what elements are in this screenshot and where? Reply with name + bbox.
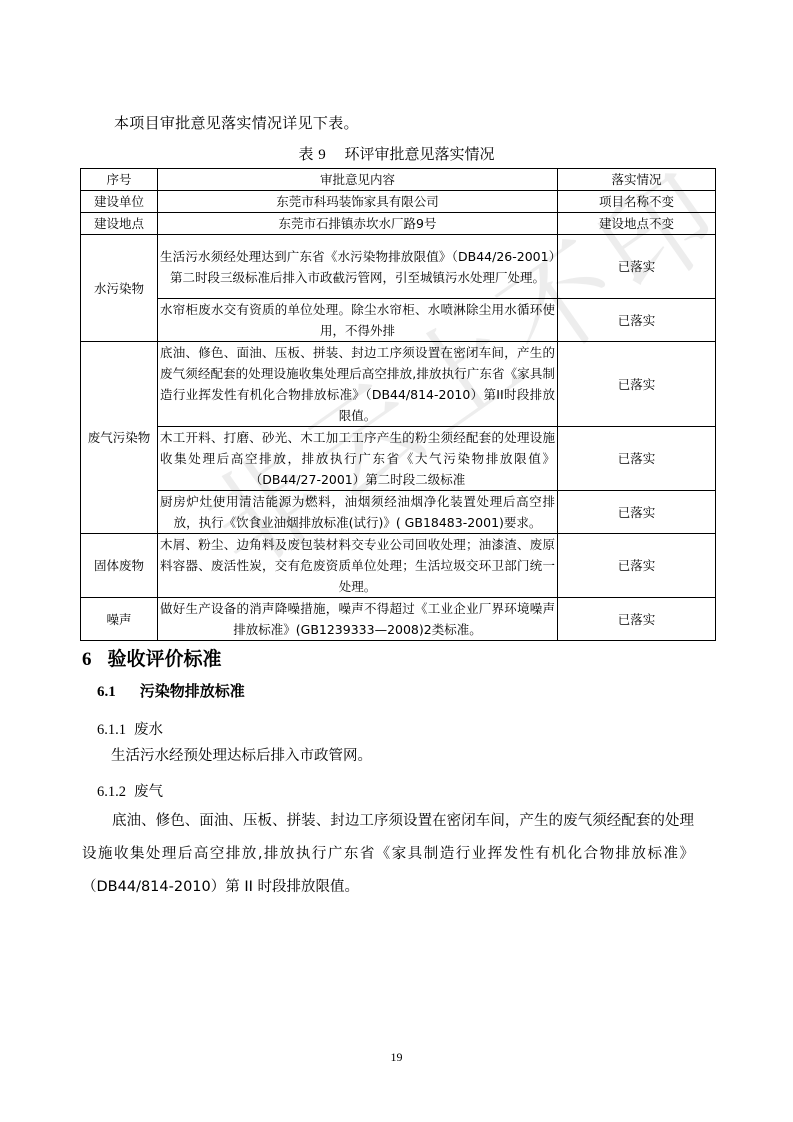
table-row: 水帘柜废水交有资质的单位处理。除尘水帘柜、水喷淋除尘用水循环使用，不得外排 已落… [81, 299, 716, 342]
content-cell: 木工开料、打磨、砂光、木工加工工序产生的粉尘须经配套的处理设施收集处理后高空排放… [158, 427, 558, 491]
category-cell: 建设地点 [81, 213, 158, 235]
section-title: 验收评价标准 [108, 648, 222, 670]
status-cell: 已落实 [558, 342, 716, 427]
table-caption: 表 9 环评审批意见落实情况 [0, 143, 793, 164]
table-row: 噪声 做好生产设备的消声降噪措施，噪声不得超过《工业企业厂界环境噪声排放标准》(… [81, 598, 716, 641]
content-cell: 底油、修色、面油、压板、拼装、封边工序须设置在密闭车间，产生的废气须经配套的处理… [158, 342, 558, 427]
category-cell: 建设单位 [81, 191, 158, 213]
wastewater-paragraph: 生活污水经预处理达标后排入市政管网。 [111, 744, 372, 765]
table-row: 水污染物 生活污水须经处理达到广东省《水污染物排放限值》（DB44/26-200… [81, 235, 716, 299]
section-heading-6: 6验收评价标准 [82, 644, 222, 671]
caption-title: 环评审批意见落实情况 [345, 145, 495, 163]
document-page: 非云上不印 本项目审批意见落实情况详见下表。 表 9 环评审批意见落实情况 序号… [0, 0, 793, 1122]
status-cell: 已落实 [558, 491, 716, 534]
status-cell: 已落实 [558, 235, 716, 299]
section-heading-6-1-2: 6.1.2废气 [97, 780, 163, 801]
table-header-row: 序号 审批意见内容 落实情况 [81, 169, 716, 191]
status-cell: 已落实 [558, 534, 716, 598]
section-title: 废气 [134, 784, 163, 800]
status-cell: 已落实 [558, 427, 716, 491]
content-cell: 水帘柜废水交有资质的单位处理。除尘水帘柜、水喷淋除尘用水循环使用，不得外排 [158, 299, 558, 342]
section-number: 6 [82, 649, 92, 670]
content-cell: 东莞市石排镇赤坎水厂路9号 [158, 213, 558, 235]
header-cell: 审批意见内容 [158, 169, 558, 191]
status-cell: 已落实 [558, 299, 716, 342]
category-cell: 废气污染物 [81, 342, 158, 534]
section-title: 污染物排放标准 [140, 682, 245, 700]
category-cell: 固体废物 [81, 534, 158, 598]
table-row: 厨房炉灶使用清洁能源为燃料，油烟须经油烟净化装置处理后高空排放，执行《饮食业油烟… [81, 491, 716, 534]
table-row: 废气污染物 底油、修色、面油、压板、拼装、封边工序须设置在密闭车间，产生的废气须… [81, 342, 716, 427]
table-row: 建设单位 东莞市科玛装饰家具有限公司 项目名称不变 [81, 191, 716, 213]
content-cell: 做好生产设备的消声降噪措施，噪声不得超过《工业企业厂界环境噪声排放标准》(GB1… [158, 598, 558, 641]
intro-paragraph: 本项目审批意见落实情况详见下表。 [114, 112, 359, 133]
section-number: 6.1 [97, 684, 116, 700]
section-number: 6.1.1 [97, 722, 126, 738]
table-row: 固体废物 木屑、粉尘、边角料及废包装材料交专业公司回收处理；油漆渣、废原料容器、… [81, 534, 716, 598]
approval-table: 序号 审批意见内容 落实情况 建设单位 东莞市科玛装饰家具有限公司 项目名称不变… [80, 168, 716, 641]
exhaust-gas-paragraph: 底油、修色、面油、压板、拼装、封边工序须设置在密闭车间，产生的废气须经配套的处理… [82, 805, 694, 904]
table-row: 木工开料、打磨、砂光、木工加工工序产生的粉尘须经配套的处理设施收集处理后高空排放… [81, 427, 716, 491]
section-number: 6.1.2 [97, 784, 126, 800]
header-cell: 序号 [81, 169, 158, 191]
status-cell: 已落实 [558, 598, 716, 641]
status-cell: 建设地点不变 [558, 213, 716, 235]
content-cell: 厨房炉灶使用清洁能源为燃料，油烟须经油烟净化装置处理后高空排放，执行《饮食业油烟… [158, 491, 558, 534]
caption-number: 9 [318, 147, 326, 163]
status-cell: 项目名称不变 [558, 191, 716, 213]
category-cell: 水污染物 [81, 235, 158, 342]
section-heading-6-1: 6.1污染物排放标准 [97, 680, 245, 701]
content-cell: 东莞市科玛装饰家具有限公司 [158, 191, 558, 213]
section-heading-6-1-1: 6.1.1废水 [97, 718, 163, 739]
table-row: 建设地点 东莞市石排镇赤坎水厂路9号 建设地点不变 [81, 213, 716, 235]
content-cell: 生活污水须经处理达到广东省《水污染物排放限值》（DB44/26-2001）第二时… [158, 235, 558, 299]
page-number: 19 [0, 1050, 793, 1065]
category-cell: 噪声 [81, 598, 158, 641]
header-cell: 落实情况 [558, 169, 716, 191]
caption-prefix: 表 [298, 145, 313, 163]
content-cell: 木屑、粉尘、边角料及废包装材料交专业公司回收处理；油漆渣、废原料容器、废活性炭，… [158, 534, 558, 598]
section-title: 废水 [134, 722, 163, 738]
